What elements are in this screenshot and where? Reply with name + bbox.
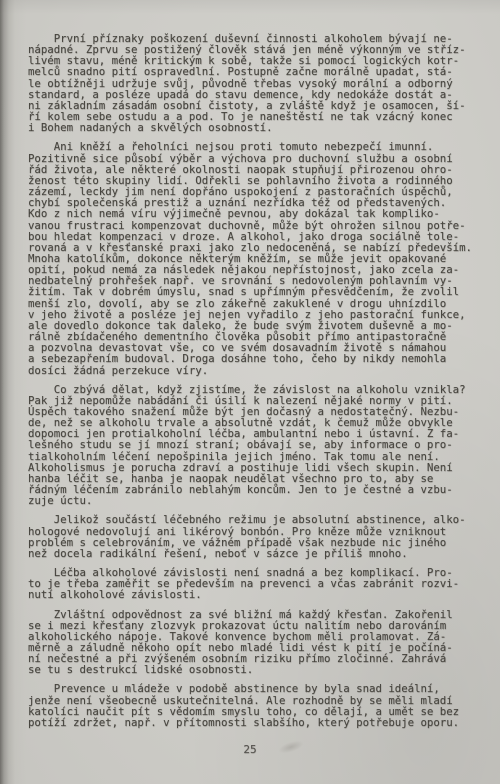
paragraph-4: Jelikož součástí léčebného režimu je abs… — [28, 514, 488, 559]
paragraph-7: Prevence u mládeže v podobě abstinence b… — [28, 683, 488, 728]
page-left-edge-shadow — [0, 0, 26, 784]
scanned-book-page: První příznaky poškození duševní činnost… — [0, 0, 500, 784]
paragraph-6: Zvláštní odpovědnost za své bližní má ka… — [28, 609, 488, 676]
paragraph-5: Léčba alkoholové závislosti není snadná … — [28, 567, 488, 600]
paragraph-3: Co zbývá dělat, když zjistíme, že závisl… — [28, 384, 488, 507]
page-number: 25 — [0, 743, 500, 756]
paragraph-1: První příznaky poškození duševní činnost… — [28, 33, 488, 133]
page-text-block: První příznaky poškození duševní činnost… — [28, 33, 488, 736]
paragraph-2: Ani kněží a řeholníci nejsou proti tomut… — [28, 141, 488, 375]
